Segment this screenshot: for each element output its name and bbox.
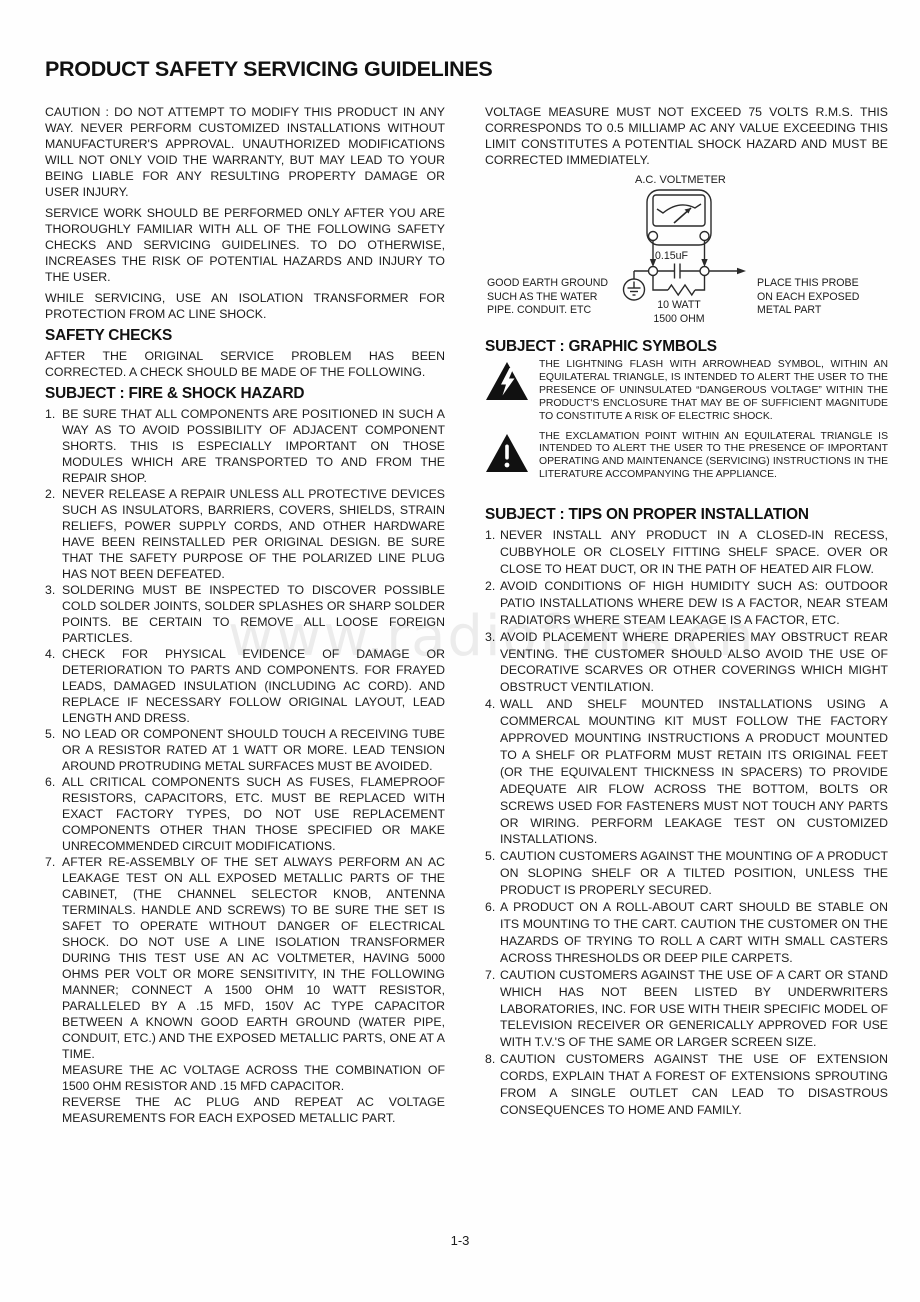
document-page: www.radiofans.cn PRODUCT SAFETY SERVICIN… <box>0 0 920 1302</box>
capacitor-icon <box>675 264 681 279</box>
list-item-text: BE SURE THAT ALL COMPONENTS ARE POSITION… <box>62 406 445 486</box>
list-item-number: 5. <box>45 726 55 742</box>
list-item-text: AVOID PLACEMENT WHERE DRAPERIES MAY OBST… <box>500 629 888 697</box>
list-item-text: NEVER RELEASE A REPAIR UNLESS ALL PROTEC… <box>62 486 445 582</box>
list-item-number: 3. <box>45 582 55 598</box>
ac-leakage-test-diagram: A.C. VOLTMETER 0.15uF GOOD EARTH GROUND … <box>485 173 888 333</box>
page-number: 1-3 <box>0 1233 920 1248</box>
graphic-symbols-heading: SUBJECT : GRAPHIC SYMBOLS <box>485 338 888 356</box>
lightning-symbol-text: THE LIGHTNING FLASH WITH ARROWHEAD SYMBO… <box>539 359 888 424</box>
voltage-measure-paragraph: VOLTAGE MEASURE MUST NOT EXCEED 75 VOLTS… <box>485 104 888 168</box>
two-column-layout: CAUTION : DO NOT ATTEMPT TO MODIFY THIS … <box>45 104 891 1126</box>
fire-shock-heading: SUBJECT : FIRE & SHOCK HAZARD <box>45 385 445 403</box>
list-item: 7. AFTER RE-ASSEMBLY OF THE SET ALWAYS P… <box>45 854 445 1126</box>
voltmeter-icon <box>647 190 711 245</box>
list-item: 2. AVOID CONDITIONS OF HIGH HUMIDITY SUC… <box>485 578 888 629</box>
list-item-number: 4. <box>485 696 495 713</box>
lightning-symbol-row: THE LIGHTNING FLASH WITH ARROWHEAD SYMBO… <box>485 359 888 424</box>
list-item-text: NO LEAD OR COMPONENT SHOULD TOUCH A RECE… <box>62 726 445 774</box>
list-item: 7. CAUTION CUSTOMERS AGAINST THE USE OF … <box>485 967 888 1052</box>
tips-heading: SUBJECT : TIPS ON PROPER INSTALLATION <box>485 506 888 524</box>
resistor-icon <box>653 276 705 296</box>
list-item-number: 1. <box>45 406 55 422</box>
list-item-number: 7. <box>45 854 55 870</box>
list-item-number: 2. <box>45 486 55 502</box>
list-item: 3. SOLDERING MUST BE INSPECTED TO DISCOV… <box>45 582 445 646</box>
list-item-continuation: MEASURE THE AC VOLTAGE ACROSS THE COMBIN… <box>62 1062 445 1094</box>
resistor-value-label: 10 WATT 1500 OHM <box>645 299 713 326</box>
list-item: 5. CAUTION CUSTOMERS AGAINST THE MOUNTIN… <box>485 848 888 899</box>
list-item-text: SOLDERING MUST BE INSPECTED TO DISCOVER … <box>62 582 445 646</box>
left-column: CAUTION : DO NOT ATTEMPT TO MODIFY THIS … <box>45 104 445 1126</box>
list-item-number: 3. <box>485 629 495 646</box>
list-item: 1. BE SURE THAT ALL COMPONENTS ARE POSIT… <box>45 406 445 486</box>
list-item-number: 8. <box>485 1051 495 1068</box>
list-item-number: 7. <box>485 967 495 984</box>
right-column: VOLTAGE MEASURE MUST NOT EXCEED 75 VOLTS… <box>485 104 888 1126</box>
list-item: 4. WALL AND SHELF MOUNTED INSTALLATIONS … <box>485 696 888 848</box>
list-item: 8. CAUTION CUSTOMERS AGAINST THE USE OF … <box>485 1051 888 1119</box>
capacitor-value-label: 0.15uF <box>655 250 688 264</box>
voltmeter-label: A.C. VOLTMETER <box>635 174 726 188</box>
list-item: 2. NEVER RELEASE A REPAIR UNLESS ALL PRO… <box>45 486 445 582</box>
probe-arrow-icon <box>737 268 746 274</box>
service-work-paragraph: SERVICE WORK SHOULD BE PERFORMED ONLY AF… <box>45 205 445 285</box>
list-item-text: CAUTION CUSTOMERS AGAINST THE USE OF A C… <box>500 967 888 1052</box>
earth-ground-label: GOOD EARTH GROUND SUCH AS THE WATER PIPE… <box>487 277 608 318</box>
list-item-text: ALL CRITICAL COMPONENTS SUCH AS FUSES, F… <box>62 774 445 854</box>
fire-shock-list: 1. BE SURE THAT ALL COMPONENTS ARE POSIT… <box>45 406 445 1126</box>
safety-checks-text: AFTER THE ORIGINAL SERVICE PROBLEM HAS B… <box>45 348 445 380</box>
isolation-transformer-paragraph: WHILE SERVICING, USE AN ISOLATION TRANSF… <box>45 290 445 322</box>
list-item-continuation: REVERSE THE AC PLUG AND REPEAT AC VOLTAG… <box>62 1094 445 1126</box>
exclamation-triangle-icon <box>485 431 529 483</box>
list-item-text: A PRODUCT ON A ROLL-ABOUT CART SHOULD BE… <box>500 899 888 967</box>
probe-placement-label: PLACE THIS PROBE ON EACH EXPOSED METAL P… <box>757 277 859 318</box>
list-item: 4. CHECK FOR PHYSICAL EVIDENCE OF DAMAGE… <box>45 646 445 726</box>
list-item: 3. AVOID PLACEMENT WHERE DRAPERIES MAY O… <box>485 629 888 697</box>
tips-list: 1. NEVER INSTALL ANY PRODUCT IN A CLOSED… <box>485 527 888 1119</box>
caution-paragraph: CAUTION : DO NOT ATTEMPT TO MODIFY THIS … <box>45 104 445 200</box>
list-item: 6. A PRODUCT ON A ROLL-ABOUT CART SHOULD… <box>485 899 888 967</box>
list-item: 5. NO LEAD OR COMPONENT SHOULD TOUCH A R… <box>45 726 445 774</box>
list-item: 6. ALL CRITICAL COMPONENTS SUCH AS FUSES… <box>45 774 445 854</box>
exclamation-symbol-text: THE EXCLAMATION POINT WITHIN AN EQUILATE… <box>539 431 888 483</box>
list-item-text: CAUTION CUSTOMERS AGAINST THE USE OF EXT… <box>500 1051 888 1119</box>
list-item-number: 6. <box>45 774 55 790</box>
exclamation-symbol-row: THE EXCLAMATION POINT WITHIN AN EQUILATE… <box>485 431 888 483</box>
list-item-number: 4. <box>45 646 55 662</box>
list-item-text: CHECK FOR PHYSICAL EVIDENCE OF DAMAGE OR… <box>62 646 445 726</box>
list-item-text: NEVER INSTALL ANY PRODUCT IN A CLOSED-IN… <box>500 527 888 578</box>
safety-checks-heading: SAFETY CHECKS <box>45 327 445 345</box>
lightning-triangle-icon <box>485 359 529 424</box>
list-item-number: 2. <box>485 578 495 595</box>
list-item-text: AFTER RE-ASSEMBLY OF THE SET ALWAYS PERF… <box>62 854 445 1062</box>
list-item-text: WALL AND SHELF MOUNTED INSTALLATIONS USI… <box>500 696 888 848</box>
list-item-number: 5. <box>485 848 495 865</box>
list-item: 1. NEVER INSTALL ANY PRODUCT IN A CLOSED… <box>485 527 888 578</box>
list-item-number: 6. <box>485 899 495 916</box>
list-item-text: AVOID CONDITIONS OF HIGH HUMIDITY SUCH A… <box>500 578 888 629</box>
page-title: PRODUCT SAFETY SERVICING GUIDELINES <box>45 57 492 82</box>
earth-ground-icon <box>624 271 645 300</box>
list-item-number: 1. <box>485 527 495 544</box>
list-item-text: CAUTION CUSTOMERS AGAINST THE MOUNTING O… <box>500 848 888 899</box>
